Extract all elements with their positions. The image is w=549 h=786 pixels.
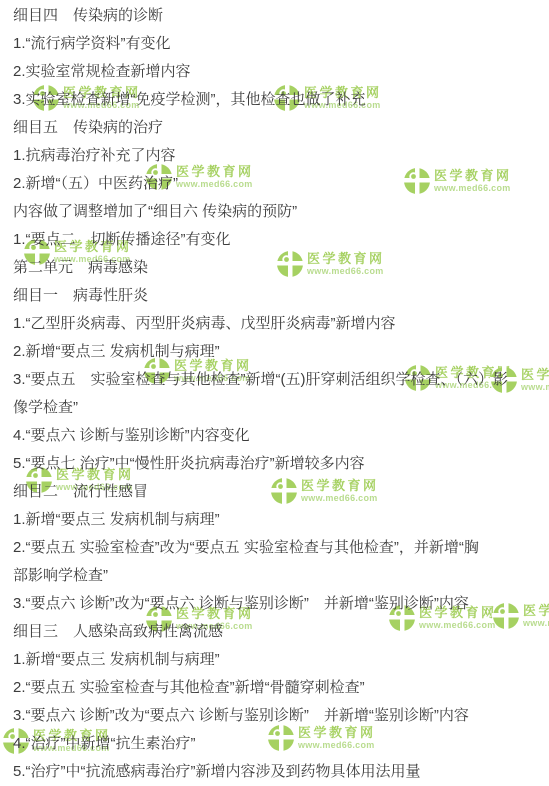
text-line: 3.“要点六 诊断”改为“要点六 诊断与鉴别诊断” 并新增“鉴别诊断”内容 (13, 702, 549, 730)
unit-heading: 第二单元 病毒感染 (13, 254, 549, 282)
text-line: 1.抗病毒治疗补充了内容 (13, 142, 549, 170)
text-line: 部影响学检查” (13, 562, 549, 590)
text-line: 4.“要点六 诊断与鉴别诊断”内容变化 (13, 422, 549, 450)
text-line: 3.实验室检查新增“免疫学检测”，其他检查也做了补充 (13, 86, 549, 114)
text-line: 2.“要点五 实验室检查与其他检查”新增“骨髓穿刺检查” (13, 674, 549, 702)
section-heading: 细目五 传染病的治疗 (13, 114, 549, 142)
text-line: 3.“要点五 实验室检查与其他检查”新增“(五)肝穿刺活组织学检查、（六）影 (13, 366, 549, 394)
text-line: 2.实验室常规检查新增内容 (13, 58, 549, 86)
text-line: 1.“流行病学资料”有变化 (13, 30, 549, 58)
text-line: 4.“治疗”中新增“抗生素治疗” (13, 730, 549, 758)
text-line: 3.“要点六 诊断”改为“要点六 诊断与鉴别诊断” 并新增“鉴别诊断”内容 (13, 590, 549, 618)
document-body: 细目四 传染病的诊断 1.“流行病学资料”有变化 2.实验室常规检查新增内容 3… (13, 2, 549, 786)
text-line: 像学检查” (13, 394, 549, 422)
text-line: 1.“要点二 切断传播途径”有变化 (13, 226, 549, 254)
section-heading: 细目一 病毒性肝炎 (13, 282, 549, 310)
section-heading: 细目二 流行性感冒 (13, 478, 549, 506)
text-line: 内容做了调整增加了“细目六 传染病的预防” (13, 198, 549, 226)
section-heading: 细目三 人感染高致病性禽流感 (13, 618, 549, 646)
text-line: 2.“要点五 实验室检查”改为“要点五 实验室检查与其他检查”，并新增“胸 (13, 534, 549, 562)
section-heading: 细目四 传染病的诊断 (13, 2, 549, 30)
text-line: 1.“乙型肝炎病毒、丙型肝炎病毒、戊型肝炎病毒”新增内容 (13, 310, 549, 338)
text-line: 2.新增“（五）中医药治疗” (13, 170, 549, 198)
text-line: 5.“要点七 治疗”中“慢性肝炎抗病毒治疗”新增较多内容 (13, 450, 549, 478)
text-line: 1.新增“要点三 发病机制与病理” (13, 646, 549, 674)
text-line: 2.新增“要点三 发病机制与病理” (13, 338, 549, 366)
text-line: 1.新增“要点三 发病机制与病理” (13, 506, 549, 534)
text-line: 5.“治疗”中“抗流感病毒治疗”新增内容涉及到药物具体用法用量 (13, 758, 549, 786)
